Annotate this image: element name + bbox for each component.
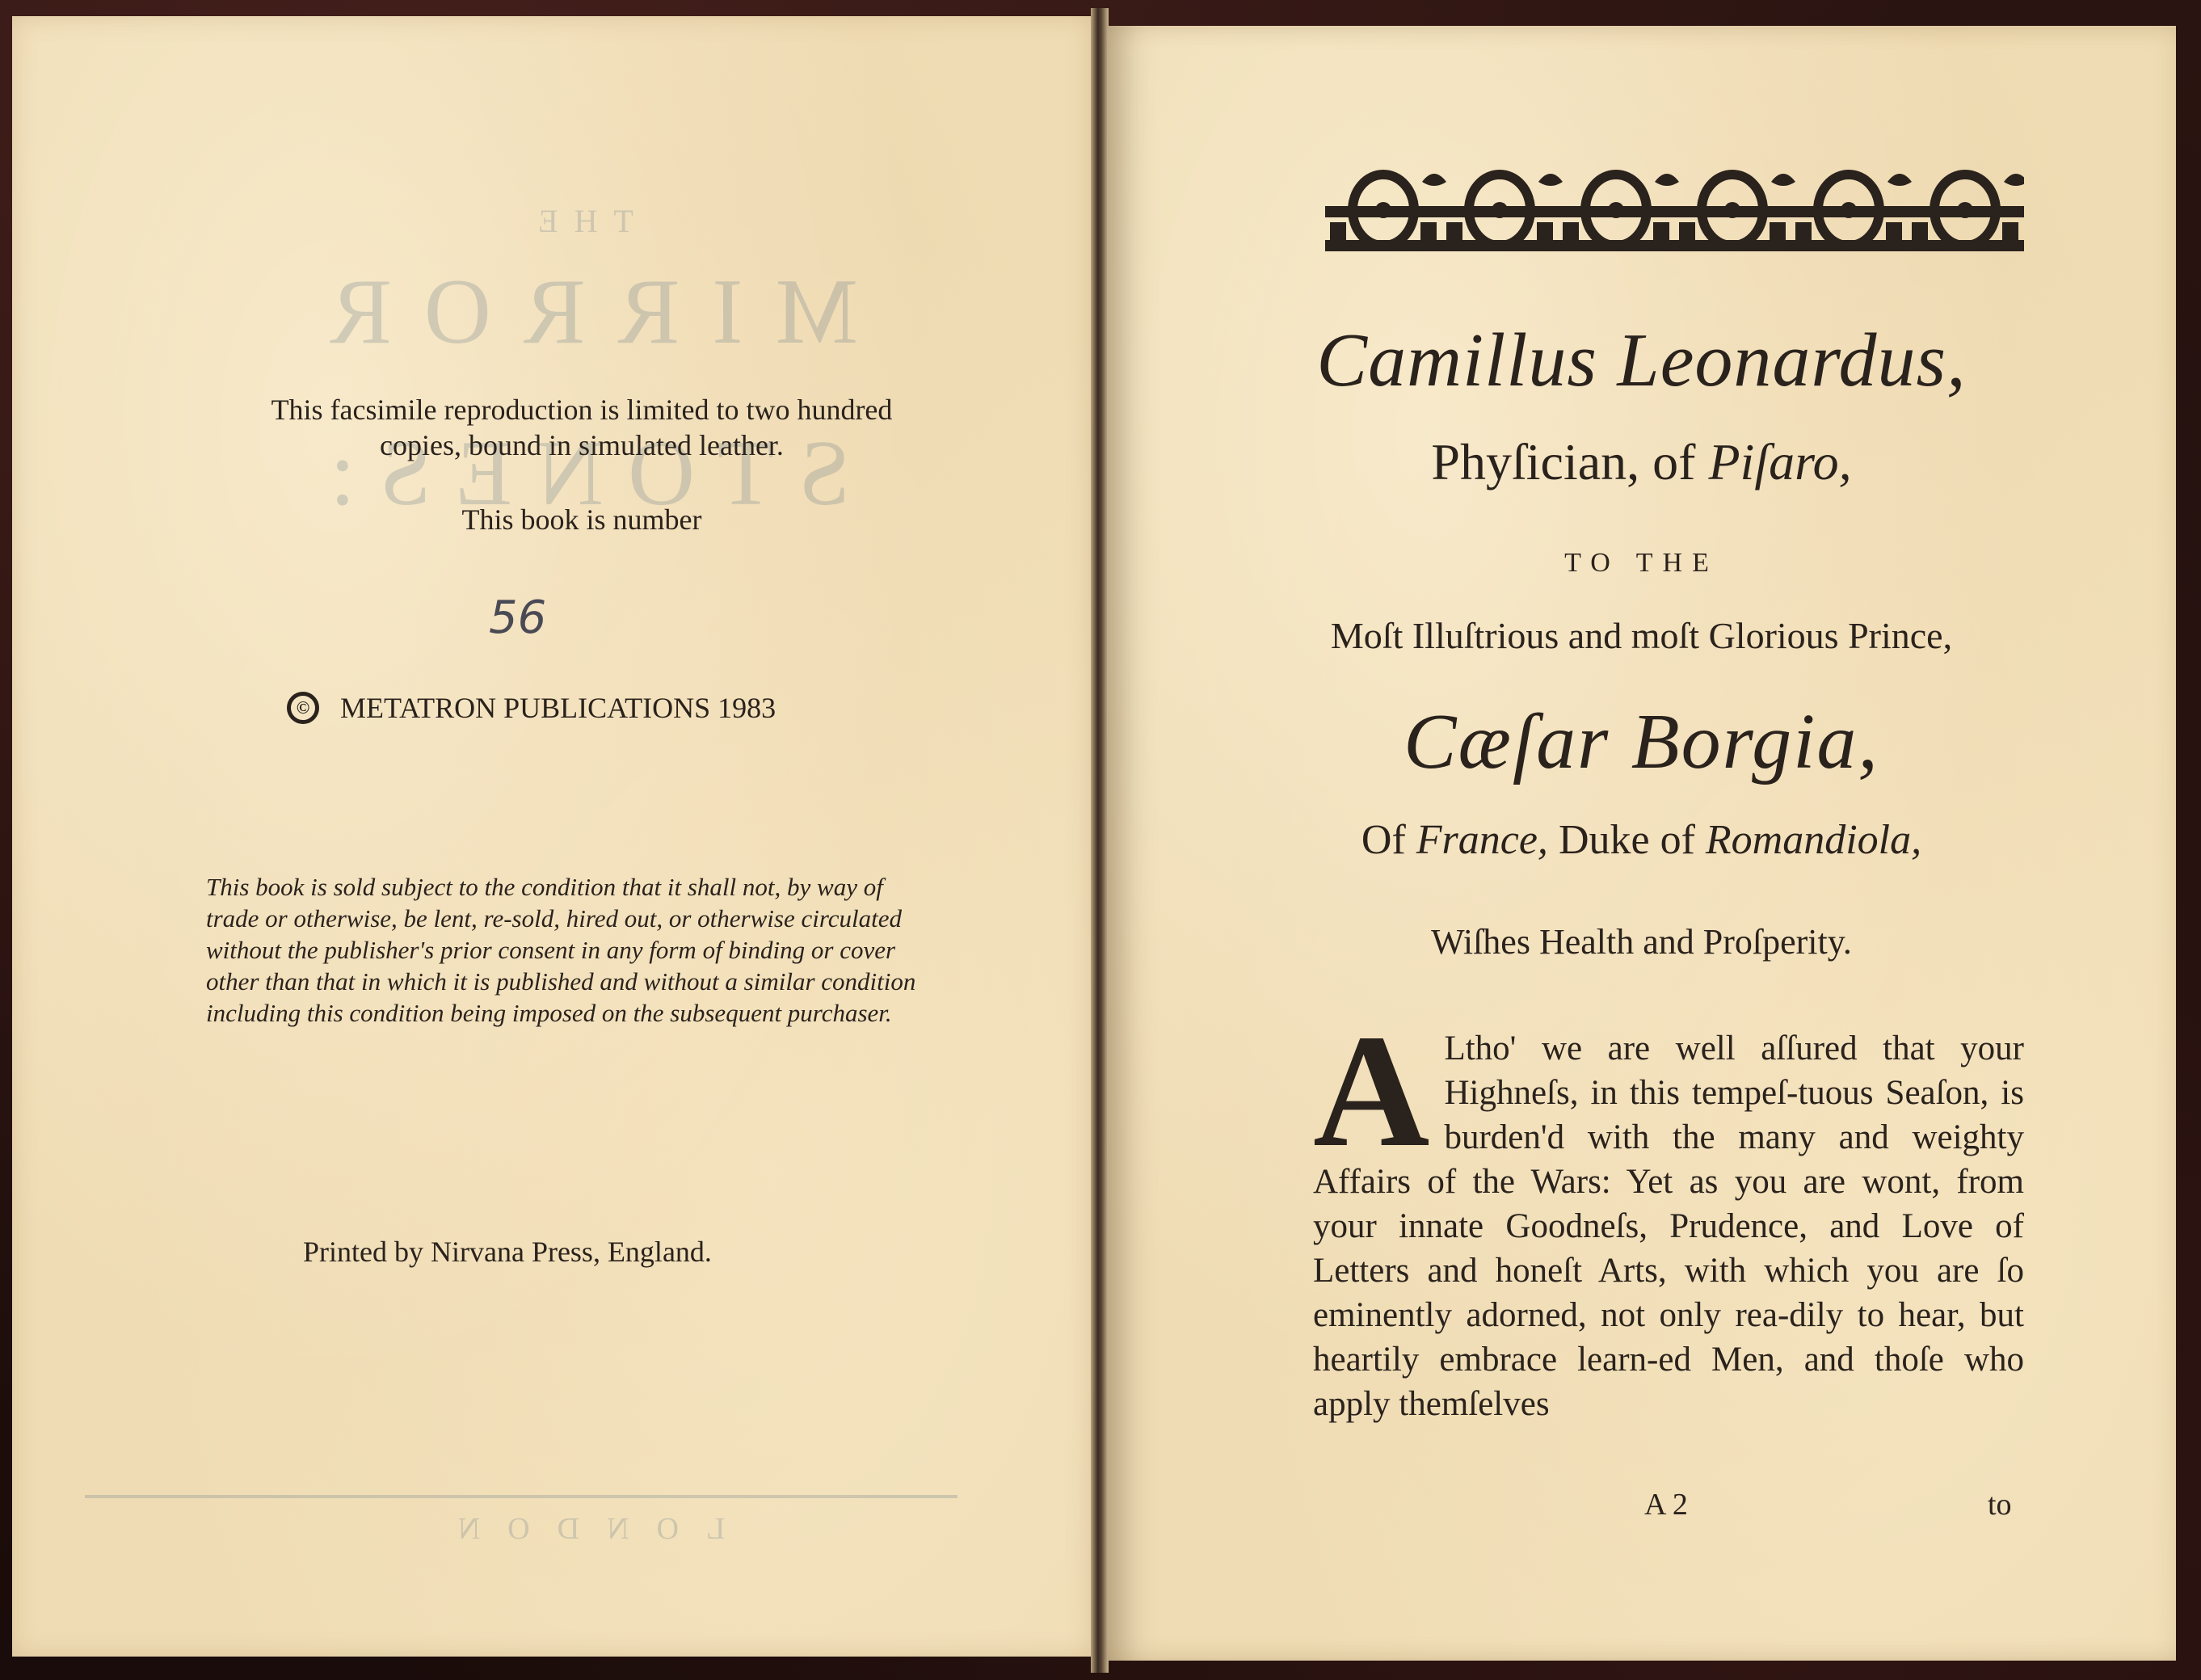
catchword: to xyxy=(1988,1487,2012,1522)
bleed-through-the: THE xyxy=(255,202,901,240)
signature-mark: A 2 xyxy=(1644,1487,1688,1522)
dedicatee-name: Cæſar Borgia, xyxy=(1107,697,2176,787)
bleed-through-mirror: MIRROR xyxy=(174,259,982,365)
bleed-through-rule xyxy=(85,1495,957,1498)
sale-conditions: This book is sold subject to the conditi… xyxy=(206,871,917,1029)
drop-cap: A xyxy=(1313,1031,1429,1152)
to-the: TO THE xyxy=(1107,548,2176,579)
dedicatee-titles: Of France, Duke of Romandiola, xyxy=(1107,816,2176,864)
copyright-line: © METATRON PUBLICATIONS 1983 xyxy=(287,691,776,725)
dedication-body: A Ltho' we are well aſſured that your Hi… xyxy=(1313,1026,2024,1426)
limitation-notice: This facsimile reproduction is limited t… xyxy=(259,392,905,463)
duke-of-word: Duke of xyxy=(1548,817,1706,863)
france-word: France, xyxy=(1416,817,1548,863)
of-word: Of xyxy=(1361,817,1416,863)
bleed-through-london: LONDON xyxy=(255,1511,901,1547)
salutation: Wiſhes Health and Proſperity. xyxy=(1107,921,2176,962)
author-title-roman: Phyſician, of xyxy=(1431,433,1708,491)
number-label: This book is number xyxy=(259,503,905,537)
printer-credit: Printed by Nirvana Press, England. xyxy=(303,1235,712,1269)
dedicatee-honorific: Moſt Illuſtrious and moſt Glorious Princ… xyxy=(1107,614,2176,657)
copyright-text: METATRON PUBLICATIONS 1983 xyxy=(340,691,776,725)
author-title: Phyſician, of Piſaro, xyxy=(1107,432,2176,492)
book-gutter xyxy=(1091,8,1109,1673)
left-page: THE MIRROR STONES: LONDON This facsimile… xyxy=(12,16,1096,1657)
handwritten-copy-number: 56 xyxy=(489,592,546,644)
romandiola-word: Romandiola, xyxy=(1706,817,1921,863)
author-title-place: Piſaro, xyxy=(1708,433,1851,491)
author-name: Camillus Leonardus, xyxy=(1107,317,2176,404)
copyright-icon: © xyxy=(287,692,319,724)
ornament-headpiece-icon xyxy=(1325,149,2024,255)
